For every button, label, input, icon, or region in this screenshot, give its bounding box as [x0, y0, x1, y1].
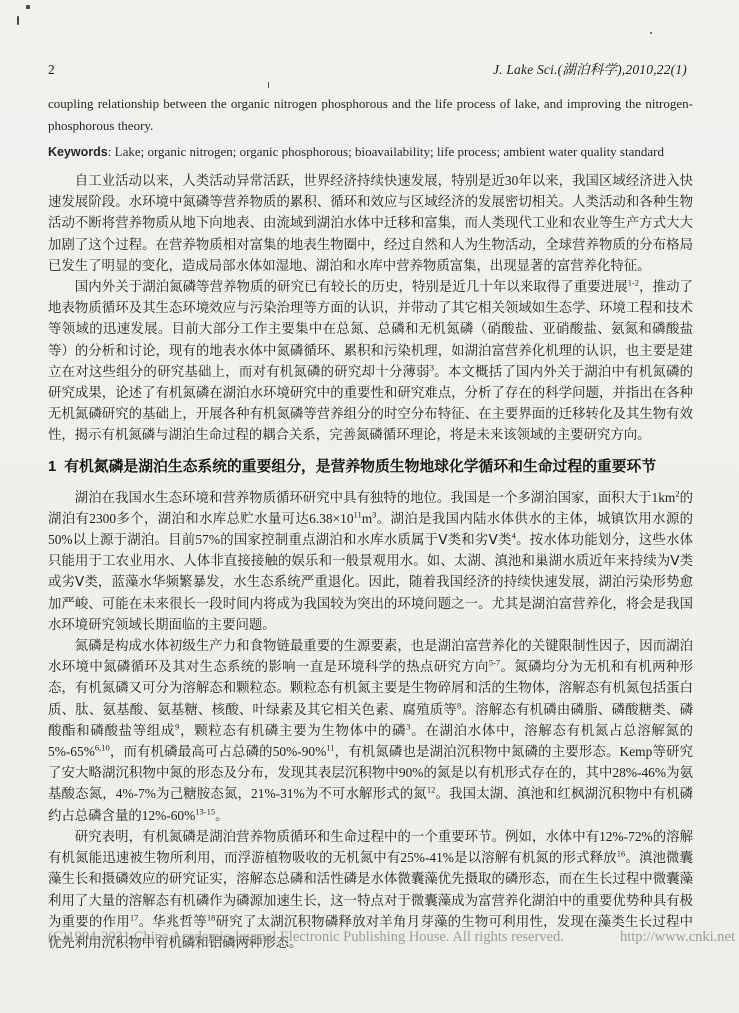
citation-ref: 11 [354, 509, 362, 519]
section-title: 有机氮磷是湖泊生态系统的重要组分，是营养物质生物地球化学循环和生命过程的重要环节 [64, 457, 693, 478]
keywords-label: Keywords [48, 145, 108, 159]
abstract-tail: coupling relationship between the organi… [48, 93, 693, 163]
copyright-notice: (C)1994-2021 China Academic Journal Elec… [48, 929, 564, 946]
paragraph: 湖泊在我国水生态环境和营养物质循环研究中具有独特的地位。我国是一个多湖泊国家，面… [48, 487, 693, 635]
section-number: 1 [48, 457, 56, 478]
citation-ref: 3 [430, 362, 434, 372]
article-body: 自工业活动以来，人类活动异常活跃，世界经济持续快速发展，特别是近30年以来，我国… [48, 170, 693, 953]
paragraphs-before-section: 自工业活动以来，人类活动异常活跃，世界经济持续快速发展，特别是近30年以来，我国… [48, 170, 693, 446]
citation-ref: 18 [207, 912, 216, 922]
citation-ref: 8 [457, 700, 461, 710]
citation-ref: 9 [175, 721, 179, 731]
keywords-line: Keywords: Lake; organic nitrogen; organi… [48, 141, 693, 163]
running-head: 2 J. Lake Sci.(湖泊科学),2010,22(1) [48, 58, 687, 78]
scan-artifact [26, 5, 30, 9]
page-footer: (C)1994-2021 China Academic Journal Elec… [48, 929, 735, 946]
citation-ref: 12 [427, 785, 436, 795]
section-1-heading: 1 有机氮磷是湖泊生态系统的重要组分，是营养物质生物地球化学循环和生命过程的重要… [48, 457, 693, 478]
scan-artifact [17, 16, 19, 25]
abstract-tail-text: coupling relationship between the organi… [48, 93, 693, 137]
citation-ref: 16 [617, 849, 626, 859]
citation-ref: 6,10 [95, 743, 110, 753]
citation-ref: 13-15 [195, 806, 215, 816]
keywords-separator: : [108, 144, 115, 159]
scan-artifact [650, 32, 652, 34]
citation-ref: 3 [372, 509, 376, 519]
paragraph: 自工业活动以来，人类活动异常活跃，世界经济持续快速发展，特别是近30年以来，我国… [48, 170, 693, 276]
keywords-text: Lake; organic nitrogen; organic phosphor… [115, 144, 664, 159]
scan-artifact [268, 82, 269, 88]
citation-ref: 4 [512, 531, 516, 541]
page-number: 2 [48, 62, 55, 78]
paragraph: 氮磷是构成水体初级生产力和食物链最重要的生源要素，也是湖泊富营养化的关键限制性因… [48, 635, 693, 826]
journal-citation: J. Lake Sci.(湖泊科学),2010,22(1) [493, 58, 687, 78]
paragraphs-after-section: 湖泊在我国水生态环境和营养物质循环研究中具有独特的地位。我国是一个多湖泊国家，面… [48, 487, 693, 953]
citation-ref: 5-7 [489, 658, 500, 668]
citation-ref: 11 [326, 743, 334, 753]
citation-ref: 2 [675, 488, 679, 498]
cnki-url: http://www.cnki.net [620, 929, 735, 946]
paragraph: 国内外关于湖泊氮磷等营养物质的研究已有较长的历史，特别是近几十年以来取得了重要进… [48, 276, 693, 446]
citation-ref: 17 [130, 912, 139, 922]
journal-page: 2 J. Lake Sci.(湖泊科学),2010,22(1) coupling… [0, 0, 739, 1013]
citation-ref: 3 [406, 721, 410, 731]
citation-ref: 1-2 [628, 278, 639, 288]
